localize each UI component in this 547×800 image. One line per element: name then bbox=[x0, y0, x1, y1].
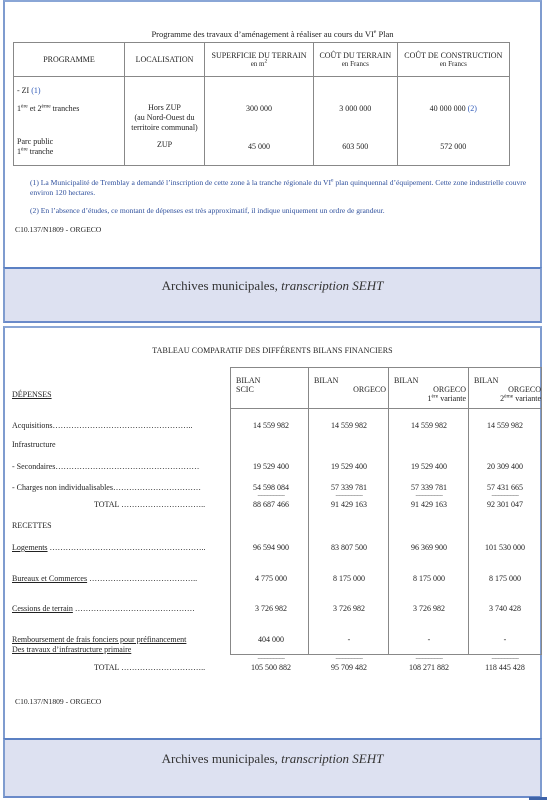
value-cell: 3 726 982 bbox=[316, 604, 382, 613]
col-header-cout-terrain: COÛT DU TERRAINen Francs bbox=[313, 43, 397, 77]
infrastructure-heading: Infrastructure bbox=[12, 440, 56, 449]
col-header-programme: PROGRAMME bbox=[14, 43, 125, 77]
row-label-total-recettes: TOTAL ………………………….. bbox=[94, 663, 205, 672]
value-cell: 19 529 400 bbox=[316, 462, 382, 471]
separator: ------------------ bbox=[472, 656, 538, 662]
value-cell: 57 431 665 bbox=[472, 483, 538, 492]
col-header-localisation: LOCALISATION bbox=[125, 43, 205, 77]
value-cell: 91 429 163 bbox=[316, 500, 382, 509]
archive-caption: Archives municipales, transcription SEHT bbox=[3, 267, 542, 323]
value-cell: - bbox=[396, 635, 462, 644]
row-label-remboursement-2: Des travaux d’infrastructure primaire bbox=[12, 645, 131, 654]
cout-terrain-cell: 3 000 000 603 500 bbox=[313, 77, 397, 166]
value-cell: 57 339 781 bbox=[396, 483, 462, 492]
document-panel-bilans: TABLEAU COMPARATIF DES DIFFÉRENTS BILANS… bbox=[3, 326, 542, 738]
value-cell: 4 775 000 bbox=[238, 574, 304, 583]
value-cell: 14 559 982 bbox=[472, 421, 538, 430]
value-cell: 54 598 084 bbox=[238, 483, 304, 492]
value-cell: 88 687 466 bbox=[238, 500, 304, 509]
separator: ------------------ bbox=[238, 656, 304, 662]
row-label-cessions: Cessions de terrain ……………………………………… bbox=[12, 604, 195, 613]
bilans-title: TABLEAU COMPARATIF DES DIFFÉRENTS BILANS… bbox=[5, 346, 540, 355]
value-cell: 92 301 047 bbox=[472, 500, 538, 509]
value-cell: 96 594 900 bbox=[238, 543, 304, 552]
value-cell: 14 559 982 bbox=[396, 421, 462, 430]
separator: ------------------ bbox=[396, 656, 462, 662]
programme-title: Programme des travaux d’aménagement à ré… bbox=[5, 29, 540, 39]
value-cell: 14 559 982 bbox=[238, 421, 304, 430]
value-cell: - bbox=[316, 635, 382, 644]
value-cell: 83 807 500 bbox=[316, 543, 382, 552]
archive-reference: C10.137/N1809 - ORGECO bbox=[15, 697, 101, 706]
recettes-heading: RECETTES bbox=[12, 521, 52, 530]
row-label-bureaux: Bureaux et Commerces ………………………………….. bbox=[12, 574, 197, 583]
row-label-secondaires: - Secondaires……………………………………………… bbox=[12, 462, 199, 471]
value-cell: 101 530 000 bbox=[472, 543, 538, 552]
value-cell: 20 309 400 bbox=[472, 462, 538, 471]
footnote-1: (1) La Municipalité de Tremblay a demand… bbox=[30, 178, 538, 198]
col-header-bilan-scic: BILANSCIC bbox=[236, 376, 302, 394]
localisation-cell: Hors ZUP (au Nord-Ouest du territoire co… bbox=[125, 77, 205, 166]
document-panel-programme: Programme des travaux d’aménagement à ré… bbox=[3, 0, 542, 267]
value-cell: 3 726 982 bbox=[238, 604, 304, 613]
value-cell: 105 500 882 bbox=[238, 663, 304, 672]
table-header-row: PROGRAMME LOCALISATION SUPERFICIE DU TER… bbox=[14, 43, 510, 77]
col-header-bilan-orgeco-v2: BILANORGECO2ème variante bbox=[474, 376, 541, 403]
col-header-superficie: SUPERFICIE DU TERRAINen m2 bbox=[205, 43, 314, 77]
value-cell: 108 271 882 bbox=[396, 663, 462, 672]
value-cell: 95 709 482 bbox=[316, 663, 382, 672]
row-label-remboursement-1: Remboursement de frais fonciers pour pré… bbox=[12, 635, 186, 644]
value-cell: 19 529 400 bbox=[396, 462, 462, 471]
separator: ------------------ bbox=[316, 493, 382, 499]
value-cell: 91 429 163 bbox=[396, 500, 462, 509]
separator: ------------------ bbox=[238, 493, 304, 499]
footnote-2: (2) En l’absence d’études, ce montant de… bbox=[30, 206, 538, 216]
value-cell: 3 740 428 bbox=[472, 604, 538, 613]
value-cell: 404 000 bbox=[238, 635, 304, 644]
separator: ------------------ bbox=[316, 656, 382, 662]
value-cell: 96 369 900 bbox=[396, 543, 462, 552]
value-cell: 3 726 982 bbox=[396, 604, 462, 613]
value-cell: 14 559 982 bbox=[316, 421, 382, 430]
programme-cell: - ZI (1) 1ère et 2ème tranches Parc publ… bbox=[14, 77, 125, 166]
col-header-bilan-orgeco: BILANORGECO bbox=[314, 376, 386, 394]
archive-reference: C10.137/N1809 - ORGECO bbox=[15, 225, 101, 234]
separator: ------------------ bbox=[472, 493, 538, 499]
value-cell: 8 175 000 bbox=[316, 574, 382, 583]
row-label-charges: - Charges non individualisables………………………… bbox=[12, 483, 201, 492]
programme-table: PROGRAMME LOCALISATION SUPERFICIE DU TER… bbox=[13, 42, 510, 166]
archive-caption: Archives municipales, transcription SEHT bbox=[3, 738, 542, 798]
cout-construction-cell: 40 000 000 (2) 572 000 bbox=[397, 77, 509, 166]
depenses-heading: DÉPENSES bbox=[12, 390, 52, 399]
separator: ------------------ bbox=[396, 493, 462, 499]
row-label-acquisitions: Acquisitions…………………………………………….. bbox=[12, 421, 192, 430]
col-header-bilan-orgeco-v1: BILANORGECO1ère variante bbox=[394, 376, 466, 403]
value-cell: 57 339 781 bbox=[316, 483, 382, 492]
row-label-total-depenses: TOTAL ………………………….. bbox=[94, 500, 205, 509]
value-cell: 8 175 000 bbox=[396, 574, 462, 583]
value-cell: 118 445 428 bbox=[472, 663, 538, 672]
value-cell: 19 529 400 bbox=[238, 462, 304, 471]
table-row: - ZI (1) 1ère et 2ème tranches Parc publ… bbox=[14, 77, 510, 166]
row-label-logements: Logements ………………………………………………….. bbox=[12, 543, 206, 552]
value-cell: 8 175 000 bbox=[472, 574, 538, 583]
value-cell: - bbox=[472, 635, 538, 644]
col-header-cout-construction: COÛT DE CONSTRUCTIONen Francs bbox=[397, 43, 509, 77]
superficie-cell: 300 000 45 000 bbox=[205, 77, 314, 166]
